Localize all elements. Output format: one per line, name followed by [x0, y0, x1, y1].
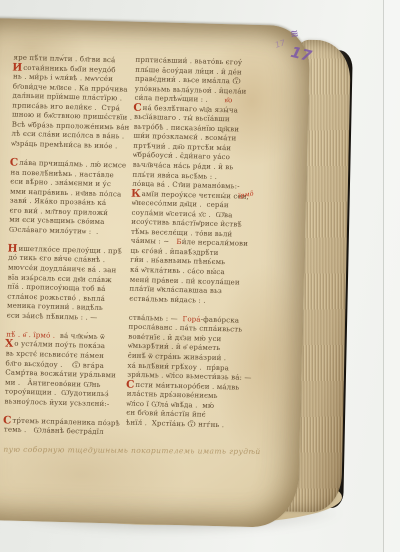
right-text-column: прптиса́вшии́ . вьато́вь єгоу́пль́ше а̑с… — [126, 56, 262, 431]
cursive-bottom-note: пую соборную тщедушнымь покорителемь има… — [3, 445, 269, 456]
pencil-folio-number-large: 17 — [289, 43, 314, 65]
manuscript-page: яре пѣ́ти плѡ́ти . бл҃гви вса́Исотаи́нни… — [0, 18, 311, 528]
left-text-column: яре пѣ́ти плѡ́ти . бл҃гви вса́Исотаи́нни… — [4, 54, 140, 439]
pencil-scribble: ≋ — [289, 28, 298, 40]
pencil-folio-number-small: 17 — [274, 38, 286, 50]
background-right-panel — [384, 0, 400, 552]
manuscript-photo: яре пѣ́ти плѡ́ти . бл҃гви вса́Исотаи́нни… — [0, 0, 400, 552]
manuscript-line: ѣнїл́ . Хрстїа́нь Ѿ нгѓнь . — [126, 418, 252, 431]
